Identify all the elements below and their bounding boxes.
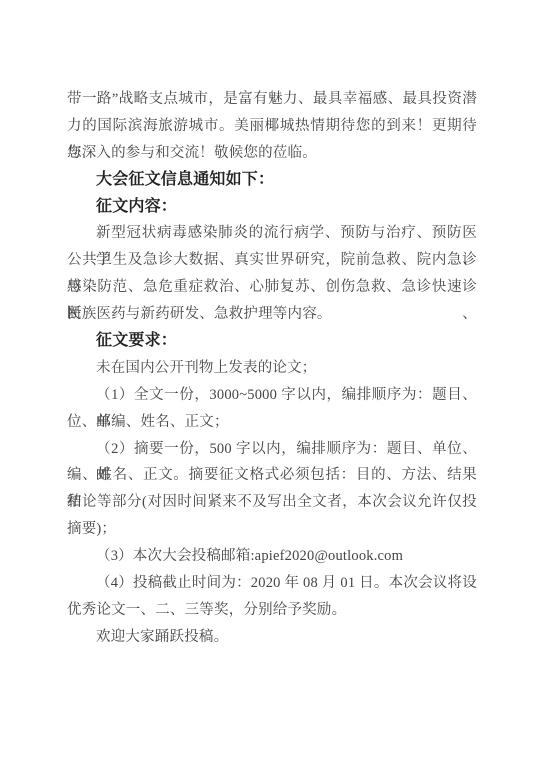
text-line: 带一路”战略支点城市，是富有魅力、最具幸福感、最具投资潜: [67, 86, 477, 113]
text-line: 新型冠状病毒感染肺炎的流行病学、预防与治疗、预防医学、: [67, 220, 477, 247]
document-page: 带一路”战略支点城市，是富有魅力、最具幸福感、最具投资潜力的国际滨海旅游城市。美…: [0, 0, 542, 768]
text-line: 欢迎大家踊跃投稿。: [67, 624, 477, 651]
text-line: （3）本次大会投稿邮箱:apief2020@outlook.com: [67, 543, 477, 570]
text-line: 编、姓名、正文。摘要征文格式必须包括：目的、方法、结果和: [67, 462, 477, 489]
text-line: 结论等部分(对因时间紧来不及写出全文者，本次会议允许仅投: [67, 489, 477, 516]
text-line: （2）摘要一份，500 字以内，编排顺序为：题目、单位、邮: [67, 436, 477, 463]
text-line: 优秀论文一、二、三等奖，分别给予奖励。: [67, 597, 477, 624]
text-line: 位、邮编、姓名、正文；: [67, 409, 477, 436]
heading-line: 征文要求：: [67, 328, 477, 355]
text-line: 摘要)；: [67, 516, 477, 543]
text-line: 未在国内公开刊物上发表的论文；: [67, 355, 477, 382]
text-line: （4）投稿截止时间为：2020 年 08 月 01 日。本次会议将设: [67, 570, 477, 597]
heading-line: 征文内容：: [67, 194, 477, 221]
document-body: 带一路”战略支点城市，是富有魅力、最具幸福感、最具投资潜力的国际滨海旅游城市。美…: [67, 86, 477, 651]
text-line: 您深入的参与和交流！敬候您的莅临。: [67, 140, 477, 167]
heading-line: 大会征文信息通知如下：: [67, 167, 477, 194]
text-line: 力的国际滨海旅游城市。美丽椰城热情期待您的到来！更期待与: [67, 113, 477, 140]
text-line: 感染防范、急危重症救治、心肺复苏、创伤急救、急诊快速诊断、: [67, 274, 477, 301]
text-line: 公共卫生及急诊大数据、真实世界研究，院前急救、院内急诊与: [67, 247, 477, 274]
text-line: （1）全文一份，3000~5000 字以内，编排顺序为：题目、单: [67, 382, 477, 409]
